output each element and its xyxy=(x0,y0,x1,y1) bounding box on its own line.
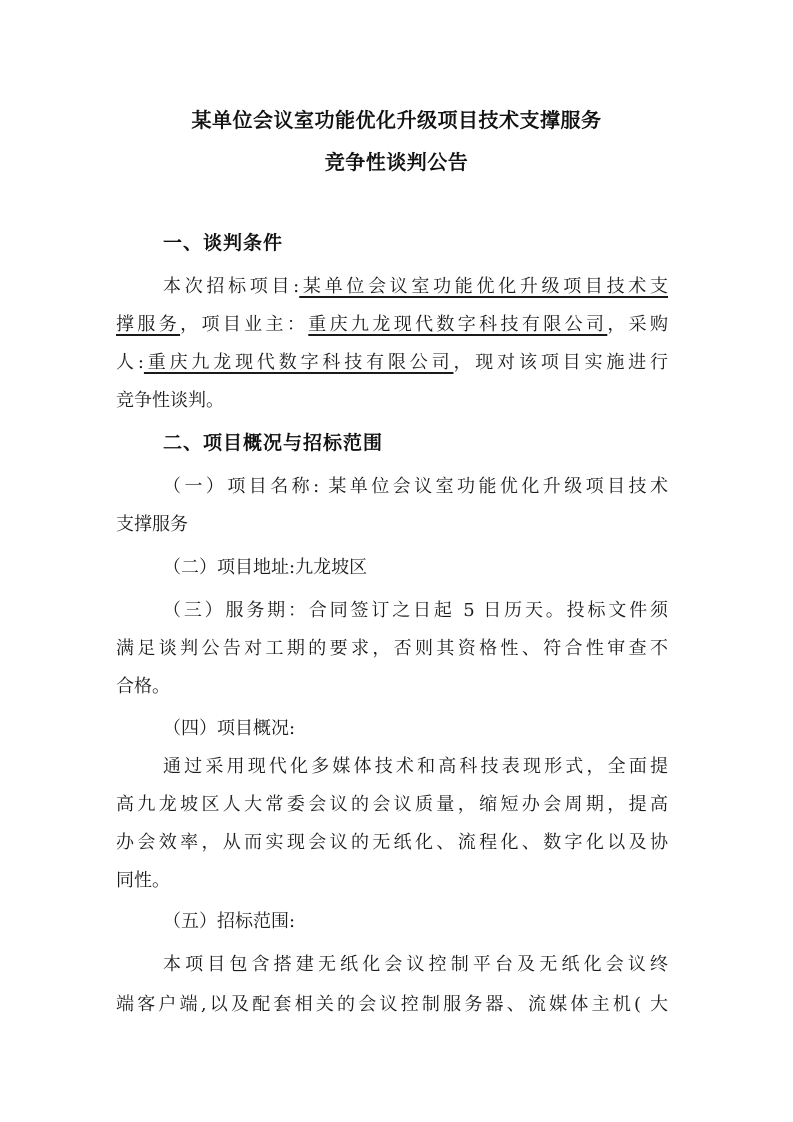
item-overview-text: 办会效率，从而实现会议的无纸化、流程化、数字化以及协 xyxy=(116,828,668,854)
owner-name-underlined: 重庆九龙现代数字科技有限公司 xyxy=(308,314,607,335)
item-scope-text: 本项目包含搭建无纸化会议控制平台及无纸化会议终 xyxy=(163,950,668,976)
project-label: 本次招标项目: xyxy=(163,276,299,297)
purchaser-name-underlined: 重庆九龙现代数字科技有限公司 xyxy=(144,352,454,373)
section-heading-project-overview: 二、项目概况与招标范围 xyxy=(163,428,383,455)
item-service-period-cont: 合格。 xyxy=(116,672,668,698)
item-scope-label: （五）招标范围: xyxy=(163,907,668,933)
document-title-line2: 竞争性谈判公告 xyxy=(0,146,793,175)
item-overview-label: （四）项目概况: xyxy=(163,714,668,740)
item-scope-text: 端客户端,以及配套相关的会议控制服务器、流媒体主机( 大 xyxy=(116,990,668,1016)
purchaser-label-cont: 人: xyxy=(116,352,144,373)
project-name-underlined: 某单位会议室功能优化升级项目技术支 xyxy=(299,276,668,297)
item-project-address: （二）项目地址:九龙坡区 xyxy=(163,553,668,579)
paragraph-line: 竞争性谈判。 xyxy=(116,386,668,412)
paragraph-line: 撑服务，项目业主：重庆九龙现代数字科技有限公司，采购 xyxy=(116,310,668,336)
paragraph-text: ，现对该项目实施进行 xyxy=(453,352,668,373)
item-project-name: （一）项目名称: 某单位会议室功能优化升级项目技术 xyxy=(163,472,668,498)
purchaser-label: ，采购 xyxy=(607,314,668,335)
item-overview-text: 同性。 xyxy=(116,866,668,892)
paragraph-line: 人:重庆九龙现代数字科技有限公司，现对该项目实施进行 xyxy=(116,348,668,374)
item-overview-text: 通过采用现代化多媒体技术和高科技表现形式，全面提 xyxy=(163,752,668,778)
project-name-underlined-cont: 撑服务 xyxy=(116,314,180,335)
item-service-period: （三）服务期：合同签订之日起 5 日历天。投标文件须 xyxy=(163,596,668,622)
section-heading-negotiation-conditions: 一、谈判条件 xyxy=(163,228,283,255)
item-service-period-cont: 满足谈判公告对工期的要求，否则其资格性、符合性审查不 xyxy=(116,634,668,660)
item-overview-text: 高九龙坡区人大常委会议的会议质量，缩短办会周期，提高 xyxy=(116,790,668,816)
document-title-line1: 某单位会议室功能优化升级项目技术支撑服务 xyxy=(0,104,793,133)
item-project-name-cont: 支撑服务 xyxy=(116,510,668,536)
document-page: 某单位会议室功能优化升级项目技术支撑服务 竞争性谈判公告 一、谈判条件 本次招标… xyxy=(0,0,793,1122)
owner-label: ，项目业主： xyxy=(180,314,308,335)
paragraph-line: 本次招标项目:某单位会议室功能优化升级项目技术支 xyxy=(163,272,668,298)
